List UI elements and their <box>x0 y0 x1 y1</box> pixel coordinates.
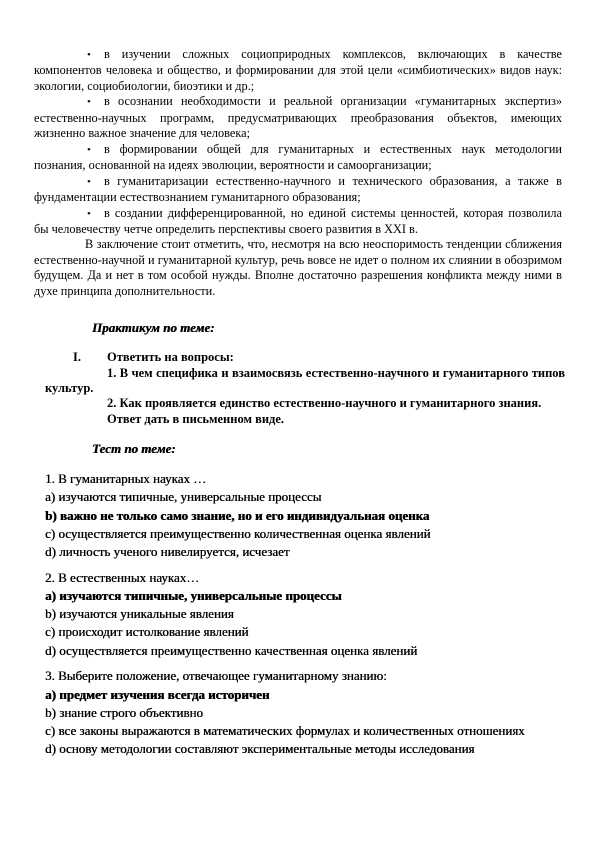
intro-section: •в изучении сложных социоприродных компл… <box>0 0 595 299</box>
bullet-text: в гуманитаризации естественно-научного и… <box>34 174 562 204</box>
option-text: знание строго объективно <box>59 705 203 720</box>
option-text: все законы выражаются в математических ф… <box>58 723 524 738</box>
practicum-items: 1. В чем специфика и взаимосвязь естеств… <box>45 366 565 428</box>
option-label: b) <box>45 606 56 621</box>
answer-option: a) изучаются типичные, универсальные про… <box>45 488 565 506</box>
practicum-item: 2. Как проявляется единство естественно-… <box>45 396 565 411</box>
option-text: основу методологии составляют эксперимен… <box>59 741 474 756</box>
answer-option: c) все законы выражаются в математически… <box>45 722 565 740</box>
option-label: b) <box>45 508 57 523</box>
option-text: происходит истолкование явлений <box>58 624 248 639</box>
bullet-text: в формировании общей для гуманитарных и … <box>34 142 562 172</box>
question-block: 2. В естественных науках… a) изучаются т… <box>45 569 565 660</box>
options-list: a) изучаются типичные, универсальные про… <box>45 587 565 660</box>
bullet-text: в осознании необходимости и реальной орг… <box>34 94 562 140</box>
bullet-item: •в осознании необходимости и реальной ор… <box>34 94 562 141</box>
test-section: Тест по теме: 1. В гуманитарных науках …… <box>0 441 595 758</box>
question-title: 2. В естественных науках… <box>45 569 565 587</box>
answer-option: a) предмет изучения всегда историчен <box>45 686 565 704</box>
answer-option: b) изучаются уникальные явления <box>45 605 565 623</box>
option-label: d) <box>45 741 56 756</box>
option-text: изучаются уникальные явления <box>59 606 234 621</box>
question-block: 1. В гуманитарных науках … a) изучаются … <box>45 470 565 561</box>
options-list: a) предмет изучения всегда историченb) з… <box>45 686 565 759</box>
answer-option: b) важно не только само знание, но и его… <box>45 507 565 525</box>
answer-option: d) личность ученого нивелируется, исчеза… <box>45 543 565 561</box>
option-text: осуществляется преимущественно количеств… <box>58 526 430 541</box>
question-title: 3. Выберите положение, отвечающее гумани… <box>45 667 565 685</box>
test-heading: Тест по теме: <box>92 441 565 457</box>
bullet-item: •в создании дифференцированной, но едино… <box>34 206 562 238</box>
option-label: b) <box>45 705 56 720</box>
practicum-title: Ответить на вопросы: <box>107 350 234 364</box>
practicum-roman-numeral: I. <box>73 350 107 365</box>
option-label: d) <box>45 643 56 658</box>
answer-option: a) изучаются типичные, универсальные про… <box>45 587 565 605</box>
bullet-item: •в формировании общей для гуманитарных и… <box>34 142 562 174</box>
answer-option: c) происходит истолкование явлений <box>45 623 565 641</box>
option-label: a) <box>45 687 56 702</box>
option-text: осуществляется преимущественно качествен… <box>59 643 417 658</box>
practicum-item: 1. В чем специфика и взаимосвязь естеств… <box>45 366 565 397</box>
answer-option: d) осуществляется преимущественно качест… <box>45 642 565 660</box>
option-text: предмет изучения всегда историчен <box>59 687 269 702</box>
bullet-icon: • <box>87 143 104 158</box>
bullet-item: •в изучении сложных социоприродных компл… <box>34 47 562 94</box>
bullet-icon: • <box>87 95 104 110</box>
option-label: a) <box>45 489 55 504</box>
answer-option: c) осуществляется преимущественно количе… <box>45 525 565 543</box>
option-label: c) <box>45 526 55 541</box>
bullet-text: в изучении сложных социоприродных компле… <box>34 47 562 93</box>
bullet-icon: • <box>87 48 104 63</box>
option-text: изучаются типичные, универсальные процес… <box>59 588 341 603</box>
question-title: 1. В гуманитарных науках … <box>45 470 565 488</box>
practicum-lead: I.Ответить на вопросы: <box>45 350 565 365</box>
bullet-item: •в гуманитаризации естественно-научного … <box>34 174 562 206</box>
conclusion-paragraph: В заключение стоит отметить, что, несмот… <box>34 237 562 299</box>
option-text: личность ученого нивелируется, исчезает <box>59 544 289 559</box>
option-label: d) <box>45 544 56 559</box>
options-list: a) изучаются типичные, универсальные про… <box>45 488 565 561</box>
bullet-list: •в изучении сложных социоприродных компл… <box>34 47 562 237</box>
practicum-heading: Практикум по теме: <box>92 320 565 336</box>
practicum-item: Ответ дать в письменном виде. <box>45 412 565 427</box>
question-block: 3. Выберите положение, отвечающее гумани… <box>45 667 565 758</box>
answer-option: d) основу методологии составляют экспери… <box>45 740 565 758</box>
bullet-icon: • <box>87 207 104 222</box>
bullet-icon: • <box>87 175 104 190</box>
practicum-section: Практикум по теме: I.Ответить на вопросы… <box>0 320 595 427</box>
question-list: 1. В гуманитарных науках … a) изучаются … <box>45 470 565 758</box>
option-label: c) <box>45 723 55 738</box>
document-page: •в изучении сложных социоприродных компл… <box>0 0 595 842</box>
option-label: a) <box>45 588 56 603</box>
option-label: c) <box>45 624 55 639</box>
option-text: изучаются типичные, универсальные процес… <box>58 489 321 504</box>
option-text: важно не только само знание, но и его ин… <box>60 508 429 523</box>
answer-option: b) знание строго объективно <box>45 704 565 722</box>
bullet-text: в создании дифференцированной, но единой… <box>34 206 562 236</box>
